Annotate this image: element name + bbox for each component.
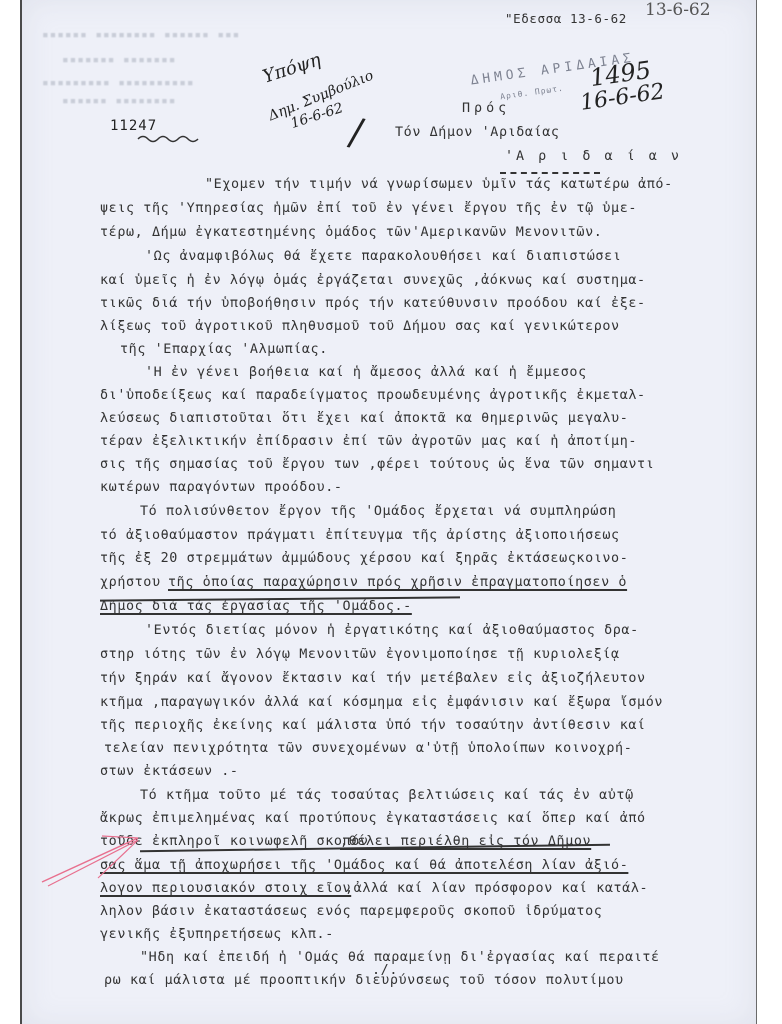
body-line: "Ηδη καί ἐπειδή ἡ 'Ομάς θά παραμείνῃ δι'… — [140, 947, 660, 970]
reference-number: 11247 — [110, 118, 157, 134]
handwritten-date: 13-6-62 — [645, 0, 711, 20]
body-line: 'Ως ἀναμφιβόλως θά ἔχετε παρακολουθήσει … — [145, 246, 621, 269]
body-line: λεύσεως διαπιστοῦται ὅτι ἔχει καί ἀποκτᾶ… — [100, 408, 628, 431]
body-line: στων ἐκτάσεων .- — [100, 761, 239, 784]
continuation-mark: ./. — [372, 960, 398, 983]
body-line: τῆς περιοχῆς ἐκείνης καί μάλιστα ὑπό τήν… — [100, 715, 646, 738]
addressee-line2: 'Α ρ ι δ α ί α ν — [505, 146, 682, 169]
body-line: "Εχομεν τήν τιμήν νά γνωρίσωμεν ὑμῖν τάς… — [205, 174, 673, 197]
body-line: ἄκρως ἐπιμελημένας καί προτύπους ἐγκατασ… — [100, 808, 646, 831]
body-line: χρήστου — [100, 572, 161, 595]
body-line: τικῶς διά τήν ὑποβοήθησιν πρός τήν κατεύ… — [100, 293, 646, 316]
addressee-line1: Τόν Δήμον 'Αριδαίας — [395, 122, 560, 145]
wavy-underline — [136, 134, 206, 144]
body-line: Τό πολισύνθετον ἔργον τῆς 'Ομάδος ἔρχετα… — [140, 501, 616, 524]
body-line: σας ἅμα τῇ ἀποχωρήσει τῆς 'Ομάδος καί θά… — [100, 855, 628, 878]
body-line: σις τῆς σημασίας τοῦ ἔργου των ,φέρει το… — [100, 454, 654, 477]
body-line: τήν ξηράν καί ἄγονον ἔκτασιν καί τήν μετ… — [100, 668, 646, 691]
body-line: ψεις τῆς 'Υπηρεσίας ἡμῶν ἐπί τοῦ ἐν γένε… — [100, 198, 637, 221]
body-line: τῆς ἐξ 20 στρεμμάτων ἀμμώδους χέρσου καί… — [100, 548, 628, 571]
body-line: Τό κτῆμα τοῦτο μέ τάς τοσαύτας βελτιώσει… — [140, 785, 634, 808]
bleed-through-text: ▪▪▪▪▪▪▪▪▪ ▪▪▪▪▪▪▪▪▪▪ — [42, 76, 194, 89]
body-line: ,θέλει περιέλθη εἰς τόν Δῆμον — [340, 831, 591, 854]
body-line: γενικῆς ἐξυπηρετήσεως κλπ.- — [100, 924, 334, 947]
bleed-through-text: ▪▪▪▪▪▪▪ ▪▪▪▪▪▪▪ — [62, 53, 176, 66]
body-line: 'Εντός διετίας μόνον ἡ ἐργατικότης καί ἀ… — [145, 620, 639, 643]
body-line: τῆς ὁποίας παραχώρησιν πρός χρῆσιν ἐπραγ… — [168, 572, 627, 595]
body-line: τέραν ἐξελικτικήν ἐπίδρασιν ἐπί τῶν ἀγρο… — [100, 431, 637, 454]
pink-arrow-annotation — [38, 830, 148, 890]
body-line: ,ἀλλά καί λίαν πρόσφορον καί κατάλ- — [345, 878, 648, 901]
body-line: τελείαν πενιχρότητα τῶν συνεχομένων α'ὐτ… — [104, 738, 632, 761]
body-line: ρω καί μάλιστα μέ προοπτικήν διευρύνσεως… — [104, 970, 624, 993]
body-line: δι'ὑποδείξεως καί παραδείγματος προωδευμ… — [100, 385, 646, 408]
body-line: λίξεως τοῦ ἀγροτικοῦ πληθυσμοῦ τοῦ Δήμου… — [100, 316, 620, 339]
body-line: τό ἀξιοθαύμαστον πράγματι ἐπίτευγμα τῆς … — [100, 525, 620, 548]
body-line: στηρ ιότης τῶν ἐν λόγῳ Μενονιτῶν ἐγονιμο… — [100, 644, 620, 667]
body-line: ληλον βάσιν ἐκαταστάσεως ενός παρεμφεροῦ… — [100, 901, 602, 924]
bleed-through-text: ▪▪▪▪▪▪ ▪▪▪▪▪▪▪▪ — [62, 94, 176, 107]
body-line: τῆς 'Επαρχίας 'Αλμωπίας. — [120, 339, 328, 362]
body-line: κωτέρων παραγόντων προόδου.- — [100, 477, 343, 500]
body-line: κτῆμα ,παραγωγικόν ἀλλά καί κόσμημα εἰς … — [100, 692, 663, 715]
body-line: τέρω, Δήμω ἐγκατεστημένης ὁμάδος τῶν'Αμε… — [100, 222, 602, 245]
bleed-through-text: ▪▪▪▪▪▪ ▪▪▪▪▪▪▪▪ ▪▪▪▪▪▪ ▪▪▪ — [42, 28, 240, 41]
place-date: "Εδεσσα 13-6-62 — [505, 8, 627, 31]
body-line: 'Η ἐν γένει βοήθεια καί ἡ ἄμεσος ἀλλά κα… — [145, 362, 587, 385]
body-line: καί ὑμεῖς ἡ ἐν λόγῳ ὁμάς ἐργάζεται συνεχ… — [100, 270, 646, 293]
addressee-prefix: Πρός — [462, 98, 510, 121]
